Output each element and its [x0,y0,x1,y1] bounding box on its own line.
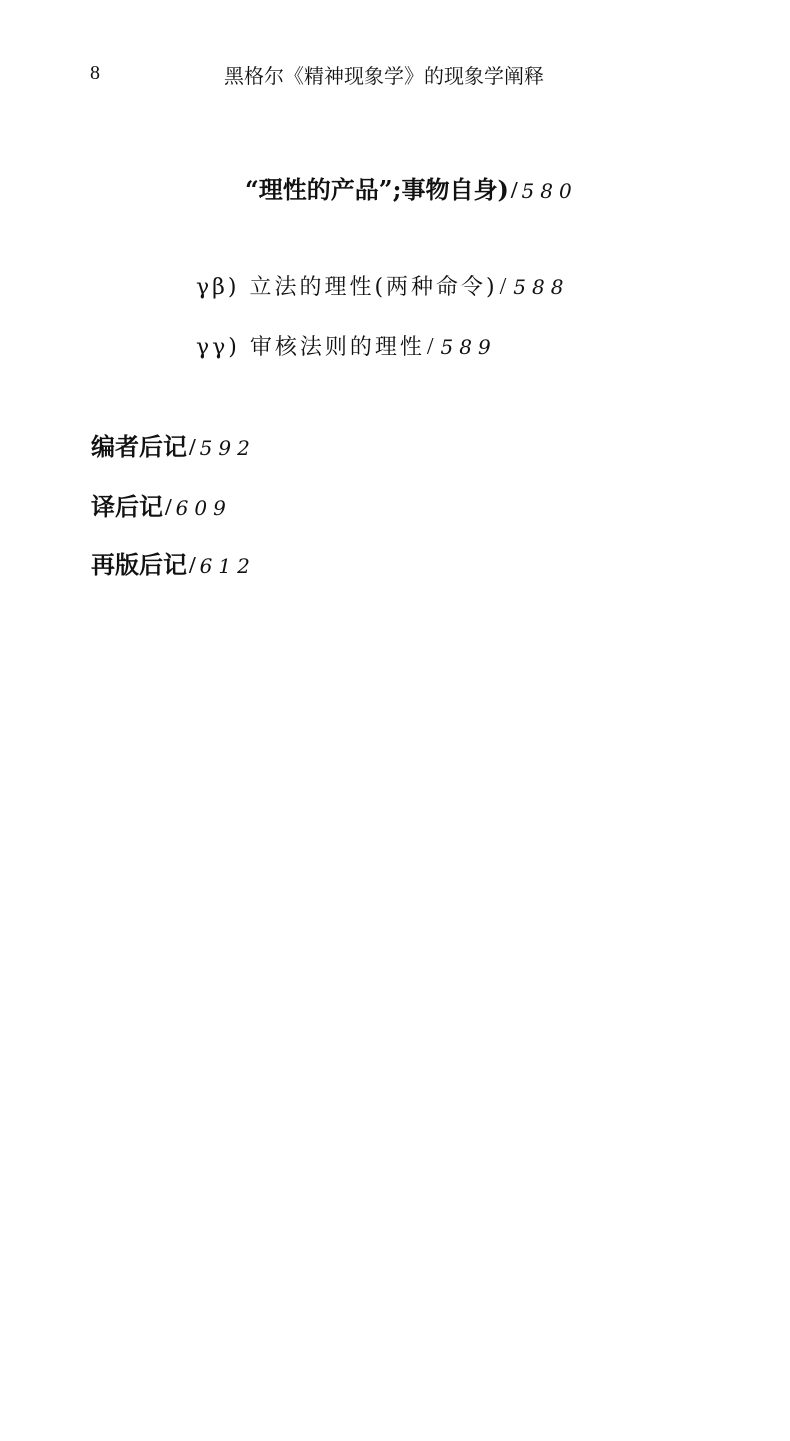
toc-entry-page: 580 [522,179,578,203]
toc-entry-page: 592 [200,436,256,460]
toc-entry: 再版后记/612 [91,545,256,580]
toc-entry: γβ) 立法的理性(两种命令)/588 [196,270,569,301]
toc-entry-label: γβ) 立法的理性(两种命令) [196,275,498,300]
toc-entry-page: 609 [176,496,232,520]
toc-entry-label: “理性的产品”;事物自身) [245,175,509,204]
toc-entry: γγ) 审核法则的理性/589 [196,330,497,361]
toc-entry-label: 编者后记 [91,432,187,461]
toc-separator: / [511,178,518,204]
toc-entry-page: 589 [441,335,497,359]
toc-entry-label: 再版后记 [91,550,187,579]
toc-separator: / [427,334,437,360]
toc-entry: 译后记/609 [91,487,232,522]
toc-separator: / [165,495,172,521]
running-title: 黑格尔《精神现象学》的现象学阐释 [224,60,544,89]
toc-entry-page: 588 [513,275,569,299]
toc-entry: 编者后记/592 [91,427,256,462]
toc-entry: “理性的产品”;事物自身)/580 [245,170,578,205]
toc-separator: / [500,274,510,300]
toc-separator: / [189,553,196,579]
toc-entry-label: 译后记 [91,492,163,521]
toc-entry-page: 612 [200,554,256,578]
toc-separator: / [189,435,196,461]
page-number: 8 [90,62,100,85]
toc-entry-label: γγ) 审核法则的理性 [196,335,425,360]
